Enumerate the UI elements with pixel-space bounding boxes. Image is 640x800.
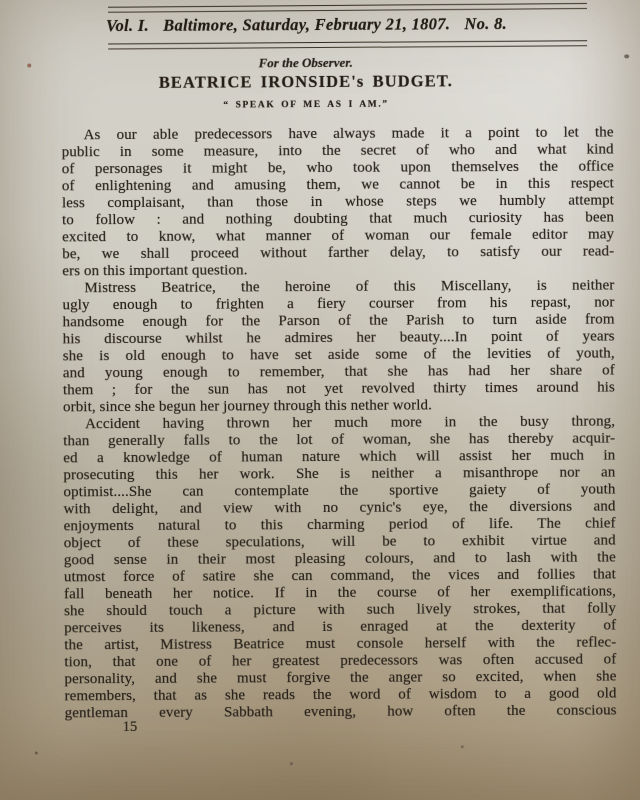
issue-number: No. 8. — [464, 14, 507, 34]
paper-speck — [27, 64, 31, 68]
masthead-rule-top — [108, 3, 587, 13]
volume-label: Vol. I. — [106, 16, 149, 36]
paper-speck — [35, 751, 38, 754]
masthead: Vol. I. Baltimore, Saturday, February 21… — [106, 14, 587, 37]
body-text: As our able predecessors have always mad… — [62, 124, 617, 722]
page-number: 15 — [123, 719, 138, 736]
paper-speck — [461, 745, 464, 748]
text-line: be, we shall proceed without farther del… — [62, 243, 614, 263]
article-title: BEATRICE IRONSIDE's BUDGET. — [33, 71, 578, 94]
paper-speck — [624, 54, 629, 58]
text-line: them ; for the sun has not yet revolved … — [63, 379, 615, 399]
paper-speck — [290, 762, 293, 765]
epigraph: “ SPEAK OF ME AS I AM.” — [33, 99, 578, 112]
paper-speck — [89, 289, 92, 292]
attribution-line: For the Observer. — [33, 54, 578, 73]
masthead-rule-bottom — [108, 40, 587, 49]
newspaper-page: Vol. I. Baltimore, Saturday, February 21… — [0, 0, 640, 800]
text-line: gentleman every Sabbath evening, how oft… — [65, 702, 617, 722]
page-content: Vol. I. Baltimore, Saturday, February 21… — [0, 0, 640, 800]
date-line: Baltimore, Saturday, February 21, 1807. — [163, 14, 450, 36]
